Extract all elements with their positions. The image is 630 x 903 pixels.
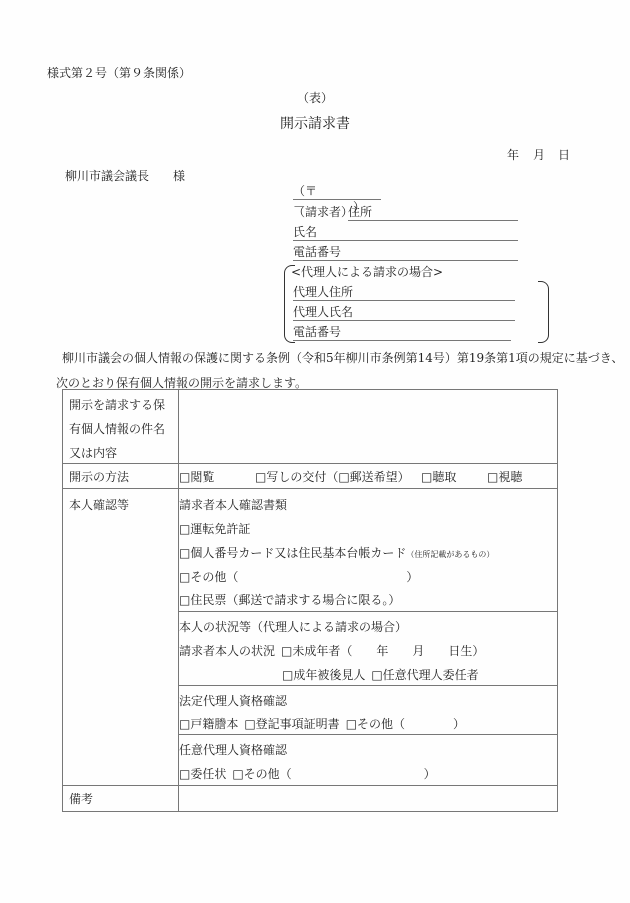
content-label-line-2: 有個人情報の件名	[69, 419, 178, 439]
remarks-input-cell[interactable]	[179, 786, 558, 812]
requester-address-field[interactable]: 住所	[348, 204, 518, 221]
option-power-of-attorney[interactable]: □委任状	[179, 767, 226, 781]
content-label-line-1: 開示を請求する保	[69, 395, 178, 415]
voluntary-agent-cell: 任意代理人資格確認 □委任状□その他（ ）	[179, 735, 558, 786]
principal-status-cell: 本人の状況等（代理人による請求の場合） 請求者本人の状況□未成年者（ 年 月 日…	[179, 612, 558, 686]
postal-code-field[interactable]: （〒 － ）	[293, 183, 381, 200]
intro-line-1: 柳川市議会の個人情報の保護に関する条例（令和5年柳川市条例第14号）第19条第1…	[62, 349, 623, 366]
method-option-view[interactable]: □閲覧	[179, 467, 255, 487]
requester-name-field[interactable]: 氏名	[293, 224, 518, 241]
requester-phone-label: 電話番号	[293, 245, 341, 259]
option-other-doc[interactable]: □その他（ ）	[179, 567, 557, 587]
addressee: 柳川市議会議長 様	[65, 167, 185, 184]
method-label: 開示の方法	[69, 467, 178, 487]
method-label-cell: 開示の方法	[63, 464, 179, 489]
option-my-number-card[interactable]: □個人番号カード又は住民基本台帳カード（住所記載があるもの）	[179, 543, 557, 563]
option-registry-certificate[interactable]: □登記事項証明書	[244, 717, 339, 731]
option-voluntary-other[interactable]: □その他（ ）	[232, 767, 435, 781]
agent-heading: <代理人による請求の場合>	[291, 264, 443, 280]
remarks-label: 備考	[69, 789, 178, 809]
date-year-label: 年	[507, 146, 533, 163]
content-label-cell: 開示を請求する保 有個人情報の件名 又は内容	[63, 390, 179, 464]
agent-address-label: 代理人住所	[293, 285, 353, 299]
agent-phone-label: 電話番号	[293, 325, 341, 339]
agent-phone-field[interactable]: 電話番号	[293, 324, 511, 341]
option-legal-other[interactable]: □その他（ ）	[346, 717, 465, 731]
method-option-copy[interactable]: □写しの交付（□郵送希望）	[255, 467, 421, 487]
form-number: 様式第２号（第９条関係）	[47, 64, 191, 81]
method-options-cell: □閲覧□写しの交付（□郵送希望）□聴取□視聴	[179, 464, 558, 489]
content-label-line-3: 又は内容	[69, 443, 178, 463]
legal-agent-heading: 法定代理人資格確認	[179, 691, 557, 711]
principal-status-label: 請求者本人の状況	[179, 644, 275, 658]
option-my-number-card-label: □個人番号カード又は住民基本台帳カード	[179, 546, 406, 560]
legal-agent-cell: 法定代理人資格確認 □戸籍謄本□登記事項証明書□その他（ ）	[179, 686, 558, 735]
date-field[interactable]: 年月日	[507, 146, 570, 163]
requester-label: （請求者）	[293, 204, 353, 220]
identity-label: 本人確認等	[69, 495, 178, 515]
agent-address-field[interactable]: 代理人住所	[293, 284, 515, 301]
voluntary-agent-heading: 任意代理人資格確認	[179, 740, 557, 760]
option-delegator[interactable]: □任意代理人委任者	[371, 668, 478, 682]
card-note: （住所記載があるもの）	[406, 550, 494, 559]
table-row-remarks: 備考	[63, 786, 558, 812]
date-month-label: 月	[533, 146, 558, 163]
table-row-content: 開示を請求する保 有個人情報の件名 又は内容	[63, 390, 558, 464]
side-label: （表）	[0, 89, 630, 106]
agent-name-label: 代理人氏名	[293, 305, 353, 319]
method-option-watch[interactable]: □視聴	[487, 470, 522, 484]
requester-name-label: 氏名	[293, 225, 317, 239]
requester-phone-field[interactable]: 電話番号	[293, 244, 518, 261]
option-resident-card[interactable]: □住民票（郵送で請求する場合に限る。）	[179, 590, 557, 610]
option-adult-ward[interactable]: □成年被後見人	[282, 668, 365, 682]
document-title: 開示請求書	[0, 113, 630, 133]
principal-status-heading: 本人の状況等（代理人による請求の場合）	[179, 617, 557, 637]
content-input-cell[interactable]	[179, 390, 558, 464]
remarks-label-cell: 備考	[63, 786, 179, 812]
agent-name-field[interactable]: 代理人氏名	[293, 304, 515, 321]
identity-label-cell: 本人確認等	[63, 489, 179, 786]
bracket-right	[538, 281, 549, 343]
requester-address-label: 住所	[348, 205, 372, 219]
requester-docs-cell: 請求者本人確認書類 □運転免許証 □個人番号カード又は住民基本台帳カード（住所記…	[179, 489, 558, 612]
option-family-register[interactable]: □戸籍謄本	[179, 717, 238, 731]
date-day-label: 日	[558, 146, 570, 163]
request-table: 開示を請求する保 有個人情報の件名 又は内容 開示の方法 □閲覧□写しの交付（□…	[62, 389, 558, 812]
table-row-identity-docs: 本人確認等 請求者本人確認書類 □運転免許証 □個人番号カード又は住民基本台帳カ…	[63, 489, 558, 612]
method-option-listen[interactable]: □聴取	[421, 467, 487, 487]
option-minor[interactable]: □未成年者（ 年 月 日生）	[281, 644, 484, 658]
option-drivers-license[interactable]: □運転免許証	[179, 519, 557, 539]
table-row-method: 開示の方法 □閲覧□写しの交付（□郵送希望）□聴取□視聴	[63, 464, 558, 489]
requester-docs-heading: 請求者本人確認書類	[179, 495, 557, 515]
